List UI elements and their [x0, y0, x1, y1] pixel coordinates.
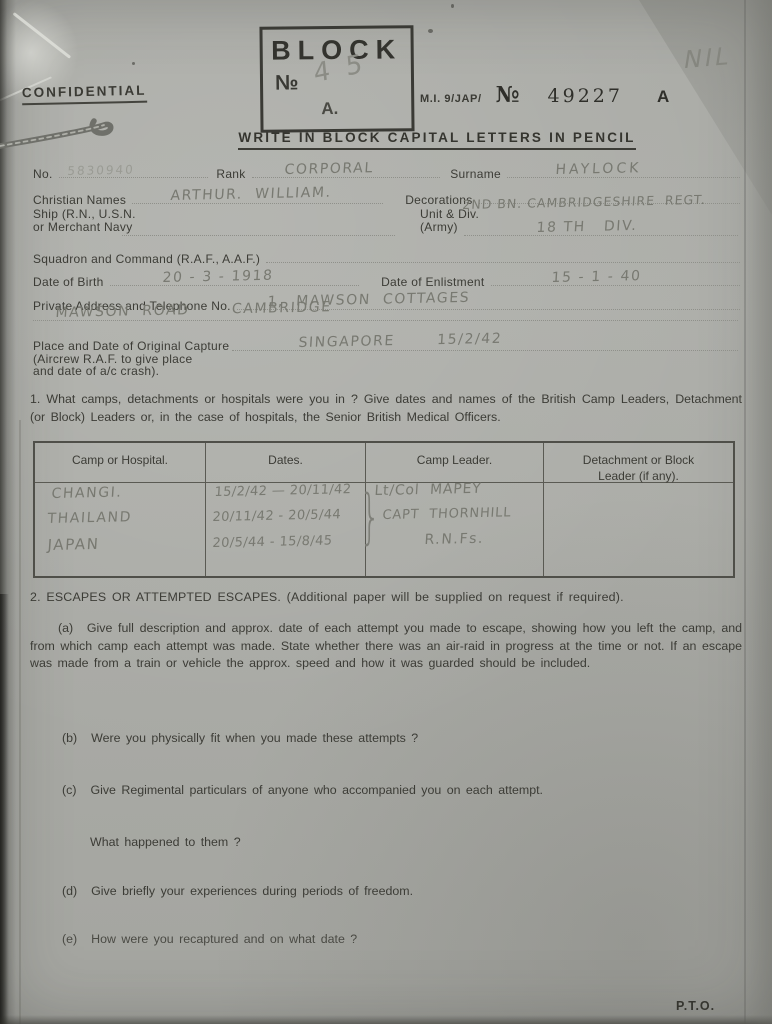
nil-annotation: NIL — [682, 42, 734, 75]
reference-number: 49227 — [548, 85, 623, 107]
column-detachment-leader: Detachment or Block Leader (if any). — [544, 443, 733, 576]
scan-edge-bottom — [0, 1015, 772, 1024]
page-fold-line — [744, 0, 746, 1024]
leader-cell: R.N.Fs. — [424, 532, 485, 547]
file-reference: M.I. 9/JAP/ № 49227 A — [420, 82, 669, 108]
header-detachment-leader: Detachment or Block Leader (if any). — [563, 443, 715, 484]
question-2c-followup: What happened to them ? — [90, 835, 241, 849]
question-2a-label: (a) — [58, 621, 73, 635]
row-squadron: Squadron and Command (R.A.F., A.A.F.) — [33, 248, 740, 266]
question-2a: (a) Give full description and approx. da… — [30, 620, 742, 673]
unit-div-value-line2: 18 TH DIV. — [536, 219, 638, 235]
surname-value: HAYLOCK — [555, 161, 642, 177]
question-2c-followup-text: What happened to them ? — [90, 835, 241, 849]
unit-div-value-line1: 2ND BN. CAMBRIDGESHIRE REGT. — [462, 194, 706, 212]
scanned-pow-questionnaire: CONFIDENTIAL BLOCK № 4 5 A. M.I. 9/JAP/ … — [0, 0, 772, 1024]
row-no-rank-surname: No. 5830940 Rank CORPORAL Surname HAYLOC… — [33, 163, 740, 181]
section-2-title: 2. ESCAPES OR ATTEMPTED ESCAPES. (Additi… — [30, 589, 742, 607]
christian-names-label: Christian Names — [33, 193, 126, 207]
capture-label-line3: and date of a/c crash). — [33, 364, 159, 378]
question-2e: (e) How were you recaptured and on what … — [62, 932, 357, 946]
block-number-stamp: BLOCK № 4 5 A. — [259, 25, 414, 133]
question-2d-text: Give briefly your experiences during per… — [91, 884, 413, 898]
question-2b-label: (b) — [62, 731, 77, 745]
form-heading-wrap: WRITE IN BLOCK CAPITAL LETTERS IN PENCIL — [102, 129, 772, 150]
question-2b: (b) Were you physically fit when you mad… — [62, 731, 418, 745]
scan-edge-left-dark — [0, 594, 9, 1024]
column-dates: Dates. 15/2/42 — 20/11/42 20/11/42 - 20/… — [206, 443, 366, 576]
scan-speck — [428, 29, 433, 33]
question-2e-label: (e) — [62, 932, 77, 946]
question-2a-text: Give full description and approx. date o… — [30, 621, 742, 670]
surname-field: HAYLOCK — [507, 163, 740, 178]
column-camp-or-hospital: Camp or Hospital. CHANGI. THAILAND JAPAN — [35, 443, 206, 576]
address-field-line2: MAWSON ROAD CAMBRIDGE — [33, 304, 738, 321]
question-2c-label: (c) — [62, 783, 76, 797]
surname-label: Surname — [450, 167, 501, 181]
ship-field — [122, 219, 395, 236]
leader-cell: CAPT THORNHILL — [382, 506, 512, 522]
no-field: 5830940 — [59, 163, 209, 178]
capture-field: SINGAPORE 15/2/42 — [232, 334, 738, 351]
enlistment-field: 15 - 1 - 40 — [491, 271, 740, 286]
rank-value: CORPORAL — [284, 161, 374, 177]
christian-names-value: ARTHUR. WILLIAM. — [170, 186, 332, 203]
date-of-birth-label: Date of Birth — [33, 275, 104, 289]
dates-cell: 20/11/42 - 20/5/44 — [212, 508, 341, 524]
unit-div-label-line2: (Army) — [420, 220, 458, 234]
question-2d-label: (d) — [62, 884, 77, 898]
date-of-birth-field: 20 - 3 - 1918 — [110, 271, 359, 286]
capture-value: SINGAPORE 15/2/42 — [298, 332, 503, 350]
ship-label-line2: or Merchant Navy — [33, 220, 133, 234]
confidential-stamp: CONFIDENTIAL — [22, 83, 147, 106]
camp-cell: CHANGI. — [51, 485, 123, 501]
scan-edge-right — [744, 0, 772, 1024]
form-heading: WRITE IN BLOCK CAPITAL LETTERS IN PENCIL — [238, 130, 635, 150]
question-2c: (c) Give Regimental particulars of anyon… — [62, 783, 543, 797]
question-2e-text: How were you recaptured and on what date… — [91, 932, 357, 946]
reference-no-label: № — [496, 82, 520, 108]
question-2b-text: Were you physically fit when you made th… — [91, 731, 418, 745]
christian-names-field: ARTHUR. WILLIAM. — [132, 189, 383, 204]
row-dob-enlistment: Date of Birth 20 - 3 - 1918 Date of Enli… — [33, 271, 740, 289]
camp-table: Camp or Hospital. CHANGI. THAILAND JAPAN… — [33, 441, 735, 578]
camp-cell: THAILAND — [47, 510, 132, 526]
no-label: No. — [33, 167, 53, 181]
squadron-label: Squadron and Command (R.A.F., A.A.F.) — [33, 252, 260, 266]
question-1-text: 1. What camps, detachments or hospitals … — [30, 391, 742, 426]
mi9-department-label: M.I. 9/JAP/ — [420, 93, 482, 105]
column-camp-leader: Camp Leader. } Lt/Col MAPEY CAPT THORNHI… — [366, 443, 544, 576]
dates-cell: 20/5/44 - 15/8/45 — [212, 534, 333, 550]
question-2d: (d) Give briefly your experiences during… — [62, 884, 413, 898]
enlistment-value: 15 - 1 - 40 — [551, 269, 642, 285]
address-value-line2: MAWSON ROAD CAMBRIDGE — [55, 300, 332, 320]
date-of-birth-value: 20 - 3 - 1918 — [162, 269, 274, 285]
leader-cell: Lt/Col MAPEY — [374, 482, 482, 498]
dates-cell: 15/2/42 — 20/11/42 — [214, 483, 352, 499]
block-stamp-no-label: № — [275, 71, 299, 95]
enlistment-label: Date of Enlistment — [381, 275, 484, 289]
reference-series-letter: A — [657, 87, 669, 107]
header-dates: Dates. — [206, 443, 365, 469]
question-2c-text: Give Regimental particulars of anyone wh… — [90, 783, 543, 797]
page-fold-line — [19, 420, 21, 1024]
header-camp-or-hospital: Camp or Hospital. — [35, 443, 205, 469]
rank-label: Rank — [216, 167, 245, 181]
scan-speck — [451, 4, 454, 8]
rank-field: CORPORAL — [252, 163, 441, 178]
service-number-value: 5830940 — [67, 164, 135, 177]
pto-footer: P.T.O. — [676, 999, 715, 1013]
unit-div-field: 18 TH DIV. — [464, 219, 738, 236]
header-camp-leader: Camp Leader. — [366, 443, 543, 469]
camp-cell: JAPAN — [47, 537, 100, 553]
scan-speck — [132, 62, 135, 65]
block-stamp-letter: A. — [321, 99, 338, 119]
squadron-field — [266, 248, 740, 263]
